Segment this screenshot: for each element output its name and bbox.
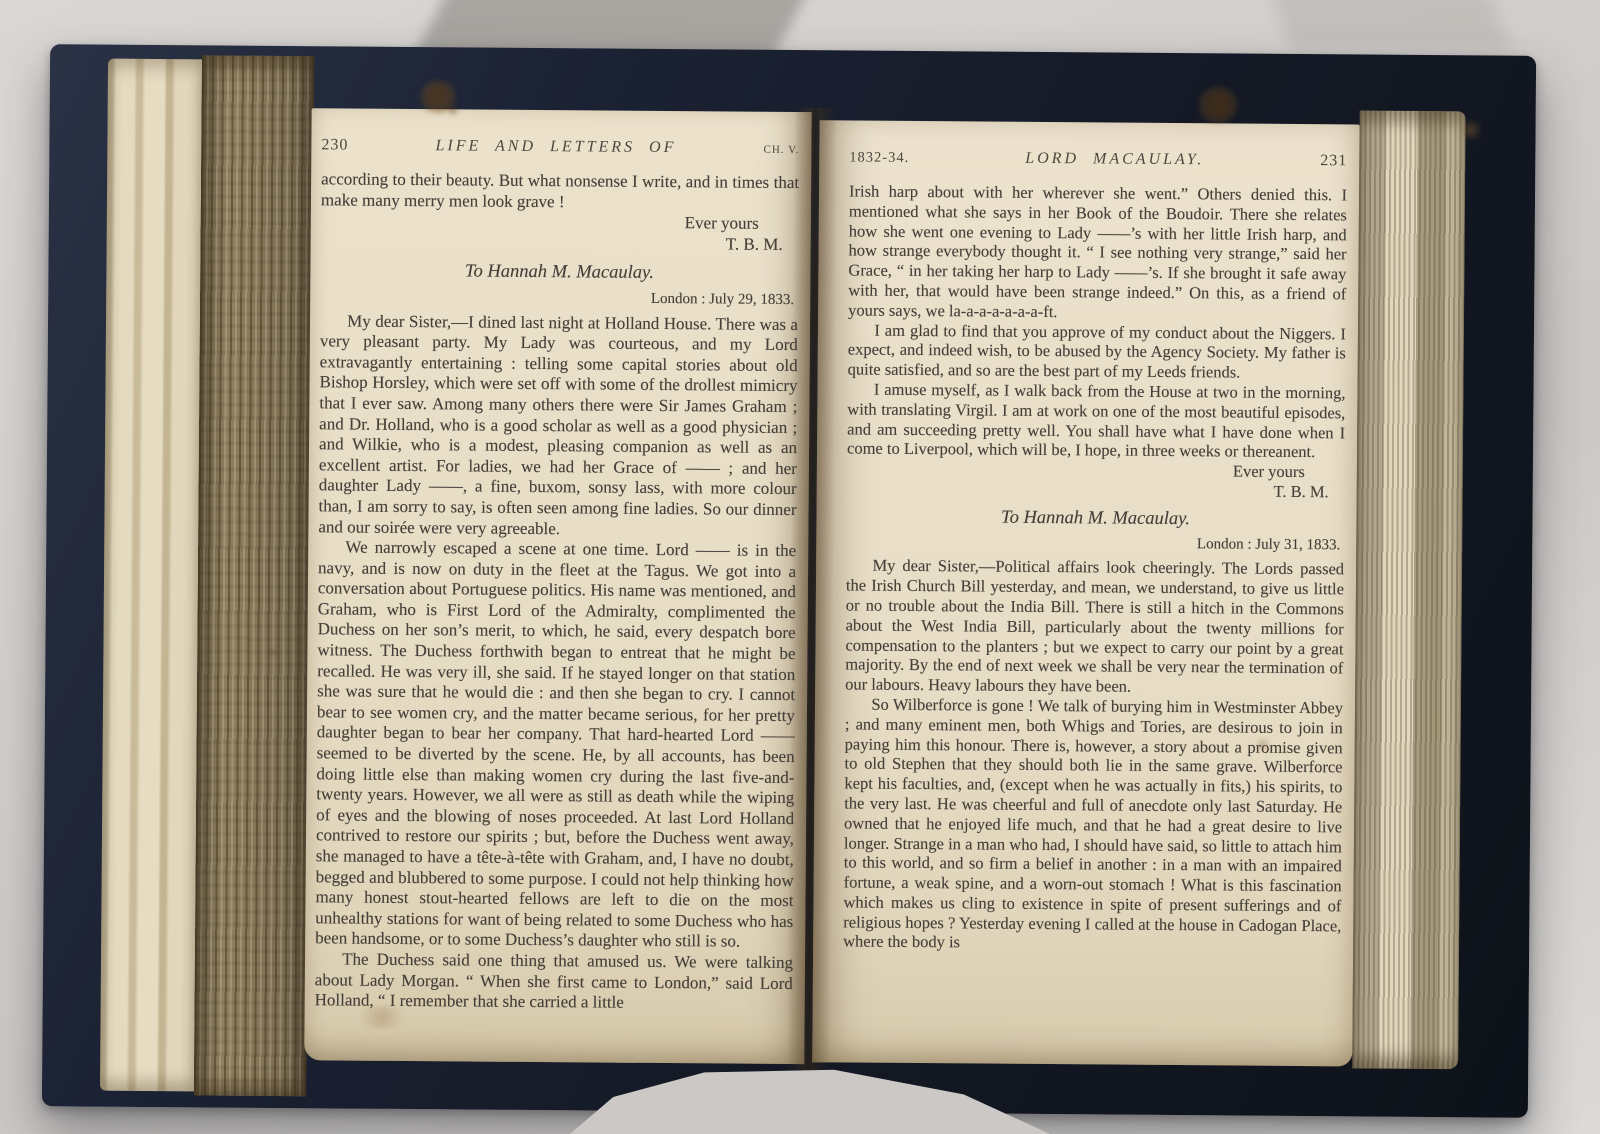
backdrop-shadow-right [1269, 0, 1511, 50]
paragraph: My dear Sister,—Political affairs look c… [845, 556, 1344, 698]
foxing-spot [268, 648, 278, 657]
foxing-spot [1255, 738, 1271, 751]
page-edges-right [1352, 110, 1466, 1069]
right-page: 1832-34. LORD MACAULAY. 231 Irish harp a… [812, 120, 1359, 1066]
letter-heading: To Hannah M. Macaulay. [320, 261, 798, 285]
foxing-spot [352, 1006, 412, 1028]
paragraph: I amuse myself, as I walk back from the … [847, 379, 1346, 462]
left-page-number: 230 [321, 136, 348, 154]
letter-heading: To Hannah M. Macaulay. [846, 507, 1344, 531]
page-edges-left-deckle [194, 55, 314, 1096]
left-page-content: 230 LIFE AND LETTERS OF CH. V. according… [305, 108, 812, 1015]
right-page-number: 231 [1320, 152, 1347, 170]
dateline: London : July 29, 1833. [320, 286, 798, 310]
right-running-title: LORD MACAULAY. [1025, 150, 1204, 169]
photo-background: 230 LIFE AND LETTERS OF CH. V. according… [0, 0, 1600, 1134]
open-book: 230 LIFE AND LETTERS OF CH. V. according… [42, 44, 1536, 1118]
page-edges-left-stack [100, 59, 202, 1092]
year-range: 1832-34. [849, 149, 909, 166]
paragraph: I am glad to find that you approve of my… [848, 320, 1346, 383]
paragraph: The Duchess said one thing that amused u… [315, 949, 793, 1015]
left-page-text: according to their beauty. But what nons… [315, 169, 800, 1014]
foxing-spot [1196, 86, 1240, 124]
signature-initials: T. B. M. [847, 478, 1345, 502]
dateline: London : July 31, 1833. [846, 532, 1344, 556]
signature-initials: T. B. M. [321, 231, 799, 255]
book-gutter [786, 108, 838, 1070]
paragraph: So Wilberforce is gone ! We talk of bury… [843, 694, 1343, 955]
right-page-content: 1832-34. LORD MACAULAY. 231 Irish harp a… [813, 120, 1360, 955]
paragraph: Irish harp about with her wherever she w… [848, 181, 1347, 323]
left-page-header: 230 LIFE AND LETTERS OF CH. V. [321, 136, 799, 158]
right-page-text: Irish harp about with her wherever she w… [843, 181, 1347, 955]
left-running-title: LIFE AND LETTERS OF [435, 137, 676, 157]
paragraph: according to their beauty. But what nons… [321, 169, 799, 214]
paragraph: My dear Sister,—I dined last night at Ho… [318, 311, 798, 541]
foxing-spot [446, 104, 460, 116]
paragraph: We narrowly escaped a scene at one time.… [315, 537, 796, 953]
right-page-header: 1832-34. LORD MACAULAY. 231 [849, 148, 1347, 170]
foxing-spot [1458, 120, 1484, 140]
left-page: 230 LIFE AND LETTERS OF CH. V. according… [304, 108, 811, 1064]
